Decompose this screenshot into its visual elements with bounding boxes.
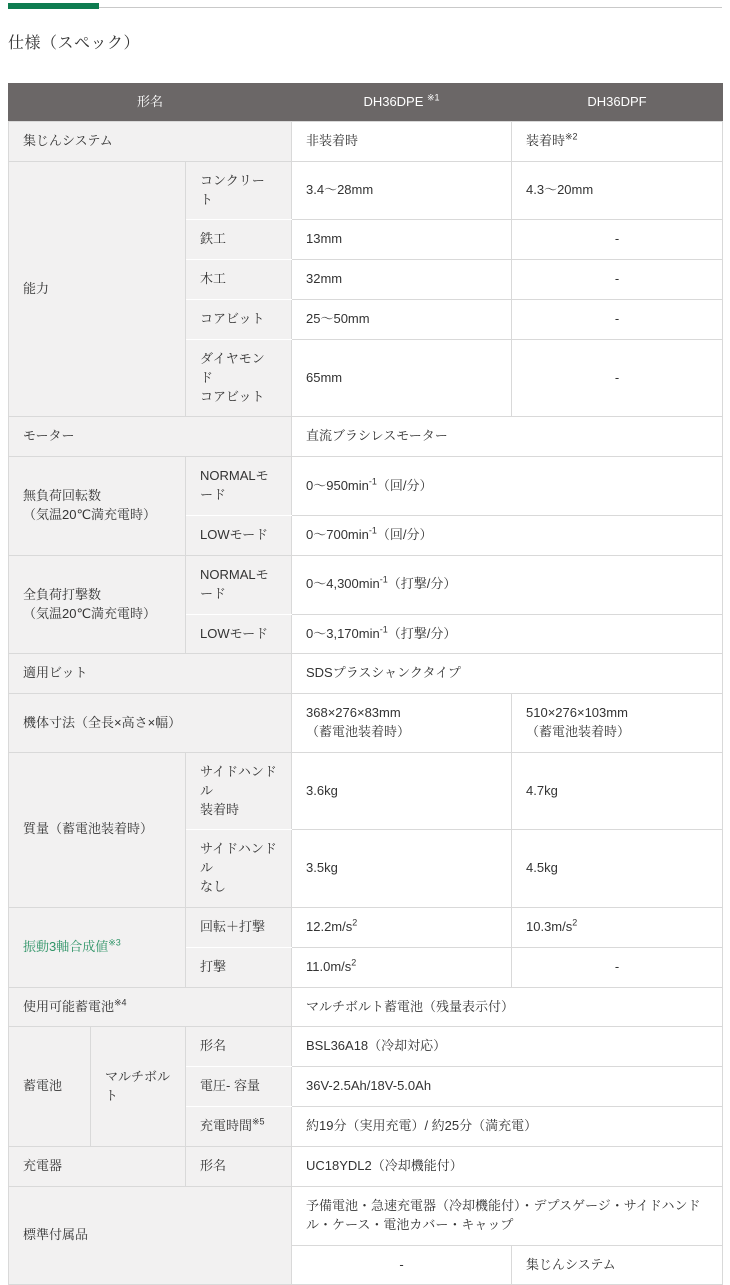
- cell-text: BSL36A18（冷却対応）: [306, 1038, 446, 1053]
- cell-text: -: [615, 271, 619, 286]
- spec-value-cell: 4.3～20mm: [512, 161, 723, 220]
- spec-value-cell: 510×276×103mm（蓄電池装着時）: [512, 694, 723, 753]
- spec-sublabel-cell: コンクリート: [186, 161, 292, 220]
- spec-value-cell: 0～950min-1（回/分）: [292, 457, 723, 516]
- spec-sublabel-cell: NORMALモード: [186, 457, 292, 516]
- cell-text: 形名: [137, 94, 163, 109]
- spec-value-cell: 12.2m/s2: [292, 907, 512, 947]
- spec-value-cell: -: [512, 300, 723, 340]
- spec-value-cell: 11.0m/s2: [292, 947, 512, 987]
- spec-value-cell: -: [292, 1245, 512, 1285]
- spec-row: 充電器形名UC18YDL2（冷却機能付）: [9, 1147, 723, 1187]
- spec-value-cell: 4.5kg: [512, 830, 723, 908]
- spec-sublabel-cell: ダイヤモンドコアビット: [186, 339, 292, 417]
- model-header-cell: DH36DPE ※1: [292, 84, 512, 122]
- spec-value-cell: 予備電池・急速充電器（冷却機能付）・デプスゲージ・サイドハンドル・ケース・電池カ…: [292, 1186, 723, 1245]
- cell-text: マルチボルト蓄電池（残量表示付）: [306, 999, 514, 1014]
- cell-text: 形名: [200, 1038, 226, 1053]
- cell-text: 0～3,170min-1（打撃/分）: [306, 626, 456, 641]
- spec-row: 機体寸法（全長×高さ×幅）368×276×83mm（蓄電池装着時）510×276…: [9, 694, 723, 753]
- spec-value-cell: 36V-2.5Ah/18V-5.0Ah: [292, 1067, 723, 1107]
- vibration-note-link[interactable]: 振動3軸合成値※3: [23, 939, 121, 954]
- cell-text: 3.6kg: [306, 783, 338, 798]
- cell-text: 木工: [200, 271, 226, 286]
- cell-text: 充電器: [23, 1158, 62, 1173]
- cell-text: 機体寸法（全長×高さ×幅）: [23, 715, 181, 730]
- vibration-value-link-cell: 振動3軸合成値※3: [9, 907, 186, 987]
- spec-value-cell: 装着時※2: [512, 121, 723, 161]
- cell-text: 直流ブラシレスモーター: [306, 428, 448, 443]
- cell-text: 4.5kg: [526, 860, 558, 875]
- spec-sublabel-cell: 鉄工: [186, 220, 292, 260]
- cell-text: 4.7kg: [526, 783, 558, 798]
- cell-text: 368×276×83mm（蓄電池装着時）: [306, 705, 410, 739]
- spec-sublabel-cell: LOWモード: [186, 614, 292, 654]
- cell-text: 3.5kg: [306, 860, 338, 875]
- cell-text: 12.2m/s2: [306, 919, 357, 934]
- cell-text: コンクリート: [200, 173, 265, 207]
- cell-text: LOWモード: [200, 527, 268, 542]
- cell-text: 0～700min-1（回/分）: [306, 527, 433, 542]
- spec-value-cell: 25～50mm: [292, 300, 512, 340]
- spec-value-cell: 3.4～28mm: [292, 161, 512, 220]
- cell-text: マルチボルト: [105, 1069, 170, 1103]
- spec-value-cell: 13mm: [292, 220, 512, 260]
- cell-text: 4.3～20mm: [526, 182, 593, 197]
- spec-label-cell: 標準付属品: [9, 1186, 292, 1285]
- cell-text: サイドハンドル装着時: [200, 764, 277, 817]
- spec-value-cell: 0～700min-1（回/分）: [292, 515, 723, 555]
- spec-label-cell: 全負荷打撃数（気温20℃満充電時）: [9, 555, 186, 654]
- cell-text: -: [615, 311, 619, 326]
- spec-row: 集じんシステム非装着時装着時※2: [9, 121, 723, 161]
- cell-text: 質量（蓄電池装着時）: [23, 821, 153, 836]
- spec-label-cell: 無負荷回転数（気温20℃満充電時）: [9, 457, 186, 556]
- cell-text: 510×276×103mm（蓄電池装着時）: [526, 705, 630, 739]
- cell-text: 全負荷打撃数（気温20℃満充電時）: [23, 587, 156, 621]
- cell-text: 非装着時: [306, 133, 358, 148]
- spec-row: 蓄電池マルチボルト形名BSL36A18（冷却対応）: [9, 1027, 723, 1067]
- cell-text: 予備電池・急速充電器（冷却機能付）・デプスゲージ・サイドハンドル・ケース・電池カ…: [306, 1198, 701, 1232]
- spec-sublabel-cell: 木工: [186, 260, 292, 300]
- spec-label-cell: マルチボルト: [91, 1027, 186, 1147]
- spec-value-cell: 集じんシステム: [512, 1245, 723, 1285]
- cell-text: 集じんシステム: [23, 133, 113, 148]
- cell-text: 0～4,300min-1（打撃/分）: [306, 576, 456, 591]
- cell-text: -: [615, 231, 619, 246]
- section-divider: [8, 7, 722, 8]
- spec-value-cell: 0～3,170min-1（打撃/分）: [292, 614, 723, 654]
- cell-text: 適用ビット: [23, 665, 87, 680]
- spec-value-cell: 3.6kg: [292, 752, 512, 830]
- cell-text: SDSプラスシャンクタイプ: [306, 665, 461, 680]
- spec-sublabel-cell: 形名: [186, 1027, 292, 1067]
- cell-text: コアビット: [200, 311, 264, 326]
- spec-sublabel-cell: 回転＋打撃: [186, 907, 292, 947]
- spec-value-cell: 約19分（実用充電）/ 約25分（満充電）: [292, 1107, 723, 1147]
- spec-row: 使用可能蓄電池※4マルチボルト蓄電池（残量表示付）: [9, 987, 723, 1027]
- spec-value-cell: 10.3m/s2: [512, 907, 723, 947]
- cell-text: 65mm: [306, 370, 342, 385]
- spec-label-cell: モーター: [9, 417, 292, 457]
- spec-sublabel-cell: NORMALモード: [186, 555, 292, 614]
- spec-value-cell: 直流ブラシレスモーター: [292, 417, 723, 457]
- model-header-cell: DH36DPF: [512, 84, 723, 122]
- spec-sublabel-cell: コアビット: [186, 300, 292, 340]
- spec-label-cell: 蓄電池: [9, 1027, 91, 1147]
- cell-text: 充電時間※5: [200, 1118, 265, 1133]
- spec-label-cell: 能力: [9, 161, 186, 417]
- cell-text: 標準付属品: [23, 1227, 88, 1242]
- cell-text: サイドハンドルなし: [200, 841, 277, 894]
- spec-row: 全負荷打撃数（気温20℃満充電時）NORMALモード0～4,300min-1（打…: [9, 555, 723, 614]
- spec-value-cell: -: [512, 339, 723, 417]
- cell-text: 使用可能蓄電池※4: [23, 999, 127, 1014]
- cell-text: 形名: [200, 1158, 226, 1173]
- cell-text: UC18YDL2（冷却機能付）: [306, 1158, 463, 1173]
- cell-text: ダイヤモンドコアビット: [200, 351, 265, 404]
- cell-text: 25～50mm: [306, 311, 370, 326]
- spec-row: 質量（蓄電池装着時）サイドハンドル装着時3.6kg4.7kg: [9, 752, 723, 830]
- cell-text: DH36DPF: [587, 94, 646, 109]
- spec-value-cell: 3.5kg: [292, 830, 512, 908]
- spec-row: 適用ビットSDSプラスシャンクタイプ: [9, 654, 723, 694]
- cell-text: 3.4～28mm: [306, 182, 373, 197]
- spec-label-cell: 適用ビット: [9, 654, 292, 694]
- spec-value-cell: マルチボルト蓄電池（残量表示付）: [292, 987, 723, 1027]
- spec-value-cell: 32mm: [292, 260, 512, 300]
- cell-text: -: [615, 370, 619, 385]
- spec-section: 仕様（スペック） 形名DH36DPE ※1DH36DPF集じんシステム非装着時装…: [8, 7, 722, 1285]
- cell-text: NORMALモード: [200, 468, 269, 502]
- spec-sublabel-cell: 打撃: [186, 947, 292, 987]
- spec-row: 能力コンクリート3.4～28mm4.3～20mm: [9, 161, 723, 220]
- spec-sublabel-cell: サイドハンドルなし: [186, 830, 292, 908]
- header-row: 形名DH36DPE ※1DH36DPF: [9, 84, 723, 122]
- cell-text: 集じんシステム: [526, 1257, 616, 1272]
- spec-label-cell: 質量（蓄電池装着時）: [9, 752, 186, 907]
- cell-text: NORMALモード: [200, 567, 269, 601]
- spec-row: 標準付属品予備電池・急速充電器（冷却機能付）・デプスゲージ・サイドハンドル・ケー…: [9, 1186, 723, 1245]
- cell-text: LOWモード: [200, 626, 268, 641]
- cell-text: DH36DPE ※1: [363, 94, 439, 109]
- cell-text: 回転＋打撃: [200, 919, 265, 934]
- spec-value-cell: 0～4,300min-1（打撃/分）: [292, 555, 723, 614]
- cell-text: 鉄工: [200, 231, 226, 246]
- cell-text: 10.3m/s2: [526, 919, 577, 934]
- spec-label-cell: 集じんシステム: [9, 121, 292, 161]
- spec-value-cell: 368×276×83mm（蓄電池装着時）: [292, 694, 512, 753]
- cell-text: 13mm: [306, 231, 342, 246]
- cell-text: 32mm: [306, 271, 342, 286]
- cell-text: 0～950min-1（回/分）: [306, 478, 433, 493]
- cell-text: 11.0m/s2: [306, 959, 356, 974]
- cell-text: 36V-2.5Ah/18V-5.0Ah: [306, 1078, 431, 1093]
- spec-table-body: 形名DH36DPE ※1DH36DPF集じんシステム非装着時装着時※2能力コンク…: [9, 84, 723, 1285]
- green-accent-bar: [8, 3, 99, 9]
- cell-text: 蓄電池: [23, 1078, 62, 1093]
- spec-table: 形名DH36DPE ※1DH36DPF集じんシステム非装着時装着時※2能力コンク…: [8, 83, 723, 1285]
- spec-label-cell: 使用可能蓄電池※4: [9, 987, 292, 1027]
- spec-sublabel-cell: 充電時間※5: [186, 1107, 292, 1147]
- cell-text: 無負荷回転数（気温20℃満充電時）: [23, 488, 156, 522]
- spec-label-cell: 機体寸法（全長×高さ×幅）: [9, 694, 292, 753]
- cell-text: 能力: [23, 281, 49, 296]
- cell-text: 装着時※2: [526, 133, 578, 148]
- model-header-cell: 形名: [9, 84, 292, 122]
- spec-value-cell: -: [512, 947, 723, 987]
- cell-text: 打撃: [200, 959, 226, 974]
- spec-sublabel-cell: 電圧- 容量: [186, 1067, 292, 1107]
- spec-label-cell: 充電器: [9, 1147, 186, 1187]
- spec-value-cell: -: [512, 220, 723, 260]
- spec-row: モーター直流ブラシレスモーター: [9, 417, 723, 457]
- spec-value-cell: 65mm: [292, 339, 512, 417]
- spec-value-cell: BSL36A18（冷却対応）: [292, 1027, 723, 1067]
- spec-row: 無負荷回転数（気温20℃満充電時）NORMALモード0～950min-1（回/分…: [9, 457, 723, 516]
- spec-sublabel-cell: 形名: [186, 1147, 292, 1187]
- spec-value-cell: -: [512, 260, 723, 300]
- spec-sublabel-cell: サイドハンドル装着時: [186, 752, 292, 830]
- spec-value-cell: SDSプラスシャンクタイプ: [292, 654, 723, 694]
- spec-value-cell: 非装着時: [292, 121, 512, 161]
- cell-text: -: [399, 1257, 403, 1272]
- spec-row: 振動3軸合成値※3回転＋打撃12.2m/s210.3m/s2: [9, 907, 723, 947]
- cell-text: 電圧- 容量: [200, 1078, 260, 1093]
- page-title: 仕様（スペック）: [8, 30, 722, 53]
- spec-value-cell: 4.7kg: [512, 752, 723, 830]
- cell-text: 約19分（実用充電）/ 約25分（満充電）: [306, 1118, 537, 1133]
- cell-text: -: [615, 959, 619, 974]
- spec-sublabel-cell: LOWモード: [186, 515, 292, 555]
- spec-value-cell: UC18YDL2（冷却機能付）: [292, 1147, 723, 1187]
- cell-text: モーター: [23, 428, 74, 443]
